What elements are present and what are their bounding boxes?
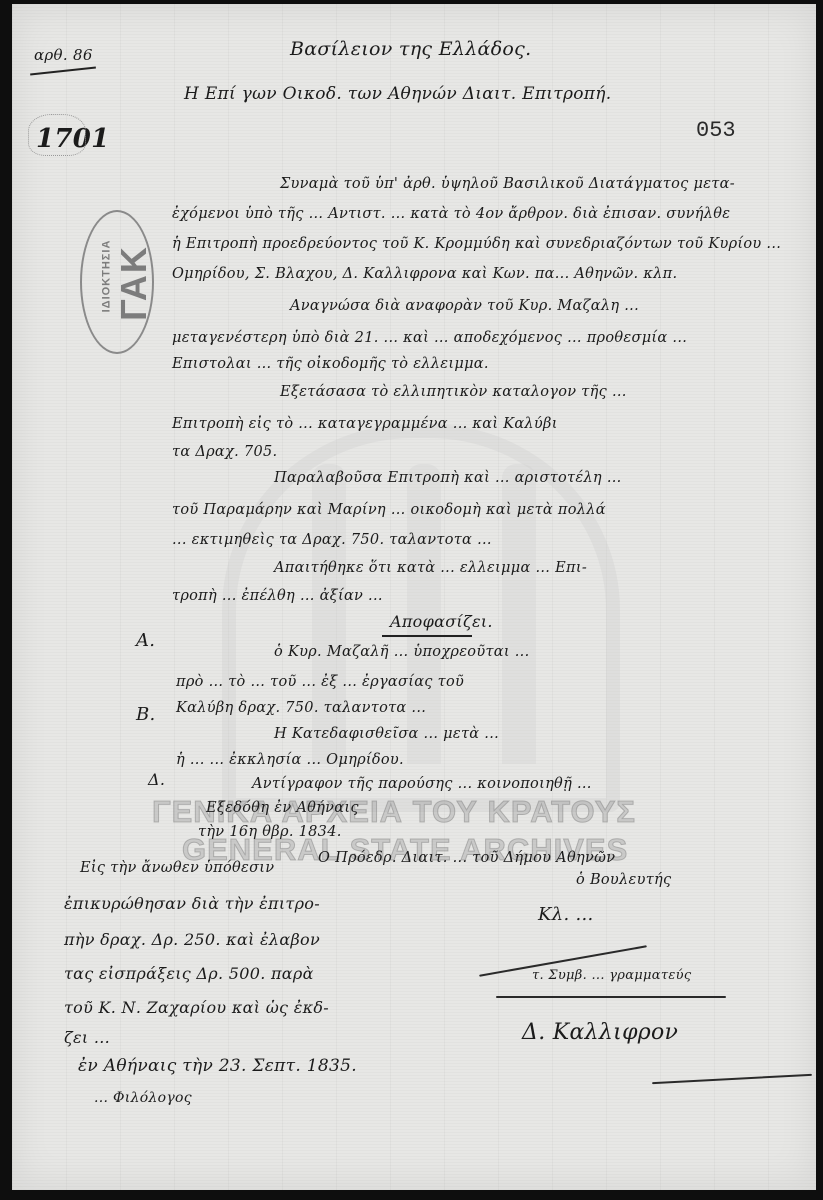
body-line: τροπὴ ... ἐπέλθη ... ἀξίαν ... <box>172 588 383 604</box>
signature: τ. Συμβ. ... γραμματεύς <box>532 968 691 983</box>
closing-place: Εξεδόθη ἐν Αθήναις <box>206 800 359 816</box>
body-line: ἡ Επιτροπὴ προεδρεύοντος τοῦ Κ. Κρομμύδη… <box>172 236 781 252</box>
document-page: αρθ. 86 1701 Βασίλειον της Ελλάδος. Η Επ… <box>12 4 816 1190</box>
header-committee: Η Επί γων Οικοδ. των Αθηνών Διαιτ. Επιτρ… <box>184 84 611 104</box>
note-line: πὴν δραχ. Δρ. 250. καὶ ἐλαβον <box>64 930 320 949</box>
signature-flourish <box>496 996 726 998</box>
section-heading: Αποφασίζει. <box>390 612 493 631</box>
divider <box>30 67 96 75</box>
margin-mark-d: Δ. <box>148 770 165 789</box>
margin-mark-b: Β. <box>136 704 156 725</box>
body-line: Επιτροπὴ εἰς τὸ ... καταγεγραμμένα ... κ… <box>172 416 558 432</box>
body-line: ... εκτιμηθεὶς τα Δραχ. 750. ταλαντοτα .… <box>172 532 492 548</box>
body-line: Απαιτήθηκε ὅτι κατὰ ... ελλειμμα ... Επι… <box>274 560 587 576</box>
margin-mark-a: Α. <box>136 630 155 651</box>
body-line: Ομηρίδου, Σ. Βλαχου, Δ. Καλλιφρονα καὶ Κ… <box>172 266 677 282</box>
note-line: ἐπικυρώθησαν διὰ τὴν ἐπιτρο- <box>64 894 320 913</box>
note-line: τας εἰσπράξεις Δρ. 500. παρὰ <box>64 964 314 983</box>
note-line: ζει ... <box>64 1028 110 1047</box>
margin-reference: αρθ. 86 <box>34 46 93 64</box>
note-signature: ... Φιλόλογος <box>94 1090 192 1106</box>
body-line: ἐχόμενοι ὑπὸ τῆς ... Αντιστ. ... κατὰ τὸ… <box>172 206 730 222</box>
heading-underline <box>382 635 472 637</box>
stamp-border <box>28 114 86 156</box>
body-line: Συναμὰ τοῦ ὑπ' ἀρθ. ὑψηλοῦ Βασιλικοῦ Δια… <box>280 176 735 192</box>
gak-ownership-stamp: ΙΔΙΟΚΤΗΣΙΑ ΓΑΚ <box>80 210 154 354</box>
decision-line: πρὸ ... τὸ ... τοῦ ... ἐξ ... ἐργασίας τ… <box>176 674 464 690</box>
decision-line: Καλύβη δραχ. 750. ταλαντοτα ... <box>176 700 426 716</box>
closing-date: τὴν 16η θβρ. 1834. <box>198 824 342 840</box>
signature-title: Ο Πρόεδρ. Διαιτ. ... τοῦ Δήμου Αθηνῶν <box>318 850 615 866</box>
decision-line: Αντίγραφον τῆς παρούσης ... κοινοποιηθῇ … <box>252 776 592 792</box>
signature-role: ὁ Βουλευτής <box>576 872 671 888</box>
body-line: Αναγνώσα διὰ αναφορὰν τοῦ Κυρ. Μαζαλη ..… <box>290 298 639 314</box>
decision-line: ἡ ... ... ἐκκλησία ... Ομηρίδου. <box>176 752 404 768</box>
signature-flourish <box>652 1074 812 1084</box>
body-line: Επιστολαι ... τῆς οἰκοδομῆς τὸ ελλειμμα. <box>172 356 489 372</box>
decision-line: ὁ Κυρ. Μαζαλῆ ... ὑποχρεοῦται ... <box>274 644 530 660</box>
note-line: τοῦ Κ. Ν. Ζαχαρίου καὶ ὡς ἐκδ- <box>64 998 329 1017</box>
signature: Κλ. ... <box>538 904 594 925</box>
body-line: μεταγενέστερη ὑπὸ διὰ 21. ... καὶ ... απ… <box>172 330 687 346</box>
body-line: τα Δραχ. 705. <box>172 444 277 460</box>
stamp-initials: ΓΑΚ <box>113 245 155 321</box>
body-line: τοῦ Παραμάρην καὶ Μαρίνη ... οικοδομὴ κα… <box>172 502 606 518</box>
stamp-arc-text: ΙΔΙΟΚΤΗΣΙΑ <box>100 240 112 313</box>
signature: Δ. Καλλιφρον <box>522 1020 678 1045</box>
body-line: Εξετάσασα τὸ ελλιπητικὸν καταλογον τῆς .… <box>280 384 627 400</box>
body-line: Παραλαβοῦσα Επιτροπὴ καὶ ... αριστοτέλη … <box>274 470 622 486</box>
note-date: ἐν Αθήναις τὴν 23. Σεπτ. 1835. <box>78 1056 357 1076</box>
header-kingdom: Βασίλειον της Ελλάδος. <box>290 38 531 60</box>
folio-number: 053 <box>696 118 736 143</box>
decision-line: Η Κατεδαφισθεῖσα ... μετὰ ... <box>274 726 499 742</box>
note-line: Εἰς τὴν ἄνωθεν ὑπόθεσιν <box>80 860 274 876</box>
